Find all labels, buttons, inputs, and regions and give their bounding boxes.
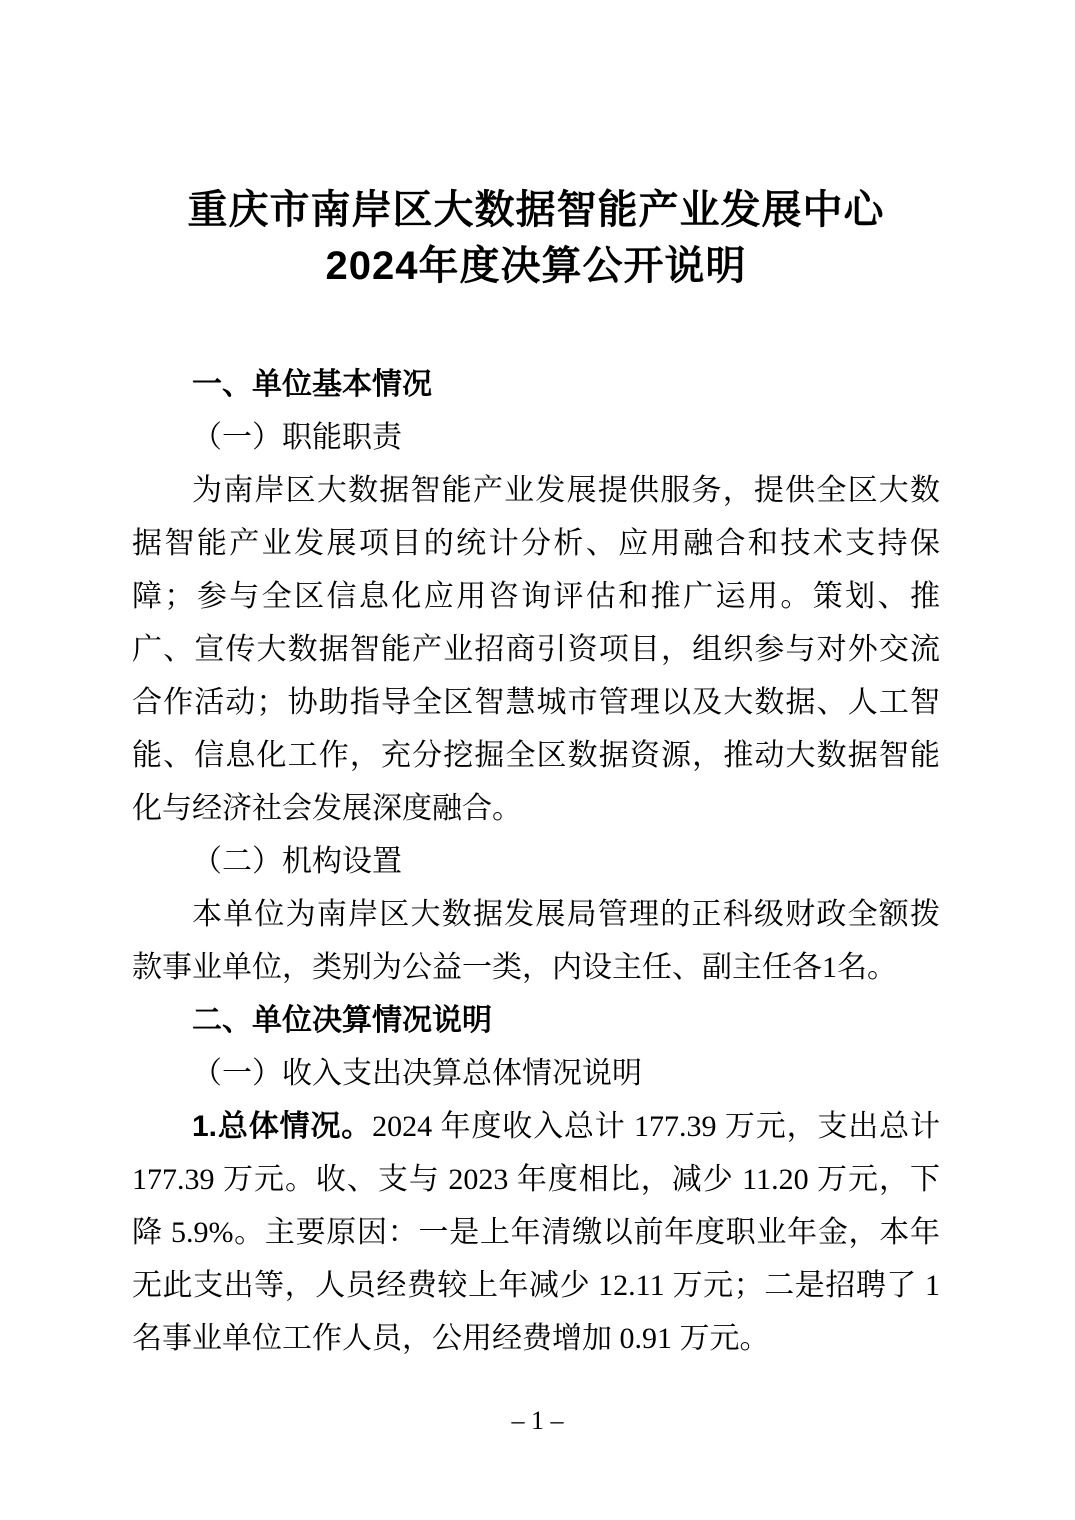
page-footer: – 1 – <box>0 1405 1075 1437</box>
document-content: 重庆市南岸区大数据智能产业发展中心 2024年度决算公开说明 一、单位基本情况 … <box>132 182 940 1365</box>
page-number: – 1 – <box>512 1406 564 1435</box>
document-page: 重庆市南岸区大数据智能产业发展中心 2024年度决算公开说明 一、单位基本情况 … <box>0 0 1075 1520</box>
paragraph-overview-lead: 1.总体情况。 <box>192 1110 372 1143</box>
section-2-heading: 二、单位决算情况说明 <box>132 994 940 1047</box>
section-basic-information: 一、单位基本情况 （一）职能职责 为南岸区大数据智能产业发展提供服务，提供全区大… <box>132 358 940 994</box>
subsection-1-1-heading: （一）职能职责 <box>132 411 940 464</box>
subsection-1-2-heading: （二）机构设置 <box>132 835 940 888</box>
paragraph-organization: 本单位为南岸区大数据发展局管理的正科级财政全额拨款事业单位，类别为公益一类，内设… <box>132 888 940 994</box>
section-1-heading: 一、单位基本情况 <box>132 358 940 411</box>
section-final-accounts: 二、单位决算情况说明 （一）收入支出决算总体情况说明 1.总体情况。2024 年… <box>132 994 940 1365</box>
paragraph-overview: 1.总体情况。2024 年度收入总计 177.39 万元，支出总计 177.39… <box>132 1100 940 1365</box>
subsection-2-1-heading: （一）收入支出决算总体情况说明 <box>132 1047 940 1100</box>
paragraph-functions: 为南岸区大数据智能产业发展提供服务，提供全区大数据智能产业发展项目的统计分析、应… <box>132 464 940 835</box>
title-line-2: 2024年度决算公开说明 <box>132 238 940 294</box>
document-title: 重庆市南岸区大数据智能产业发展中心 2024年度决算公开说明 <box>132 182 940 294</box>
paragraph-overview-text: 2024 年度收入总计 177.39 万元，支出总计 177.39 万元。收、支… <box>132 1110 940 1355</box>
title-line-1: 重庆市南岸区大数据智能产业发展中心 <box>132 182 940 238</box>
